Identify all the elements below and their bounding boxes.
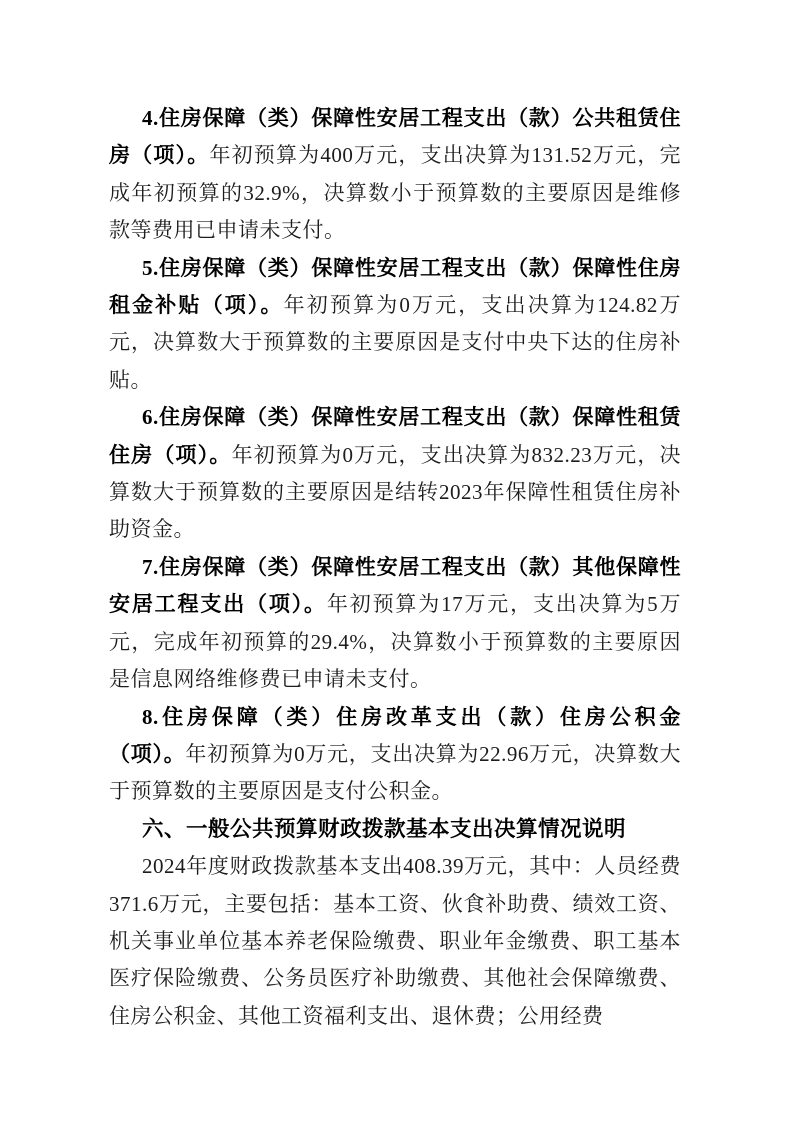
document-page: 4.住房保障（类）保障性安居工程支出（款）公共租赁住房（项）。年初预算为400万… [0, 0, 793, 1122]
document-content: 4.住房保障（类）保障性安居工程支出（款）公共租赁住房（项）。年初预算为400万… [109, 100, 681, 1035]
budget-item-paragraph-4: 4.住房保障（类）保障性安居工程支出（款）公共租赁住房（项）。年初预算为400万… [109, 100, 681, 250]
budget-item-paragraph-6: 6.住房保障（类）保障性安居工程支出（款）保障性租赁住房（项）。年初预算为0万元… [109, 399, 681, 549]
closing-paragraph-text: 2024年度财政拨款基本支出408.39万元，其中：人员经费371.6万元，主要… [109, 854, 681, 1028]
section-heading-six: 六、一般公共预算财政拨款基本支出决算情况说明 [109, 811, 681, 848]
budget-item-paragraph-5: 5.住房保障（类）保障性安居工程支出（款）保障性住房租金补贴（项）。年初预算为0… [109, 250, 681, 400]
budget-item-paragraph-8: 8.住房保障（类）住房改革支出（款）住房公积金（项）。年初预算为0万元，支出决算… [109, 699, 681, 811]
budget-item-paragraph-7: 7.住房保障（类）保障性安居工程支出（款）其他保障性安居工程支出（项）。年初预算… [109, 549, 681, 699]
closing-paragraph: 2024年度财政拨款基本支出408.39万元，其中：人员经费371.6万元，主要… [109, 848, 681, 1035]
item-8-body: 年初预算为0万元，支出决算为22.96万元，决算数大于预算数的主要原因是支付公积… [109, 742, 681, 803]
